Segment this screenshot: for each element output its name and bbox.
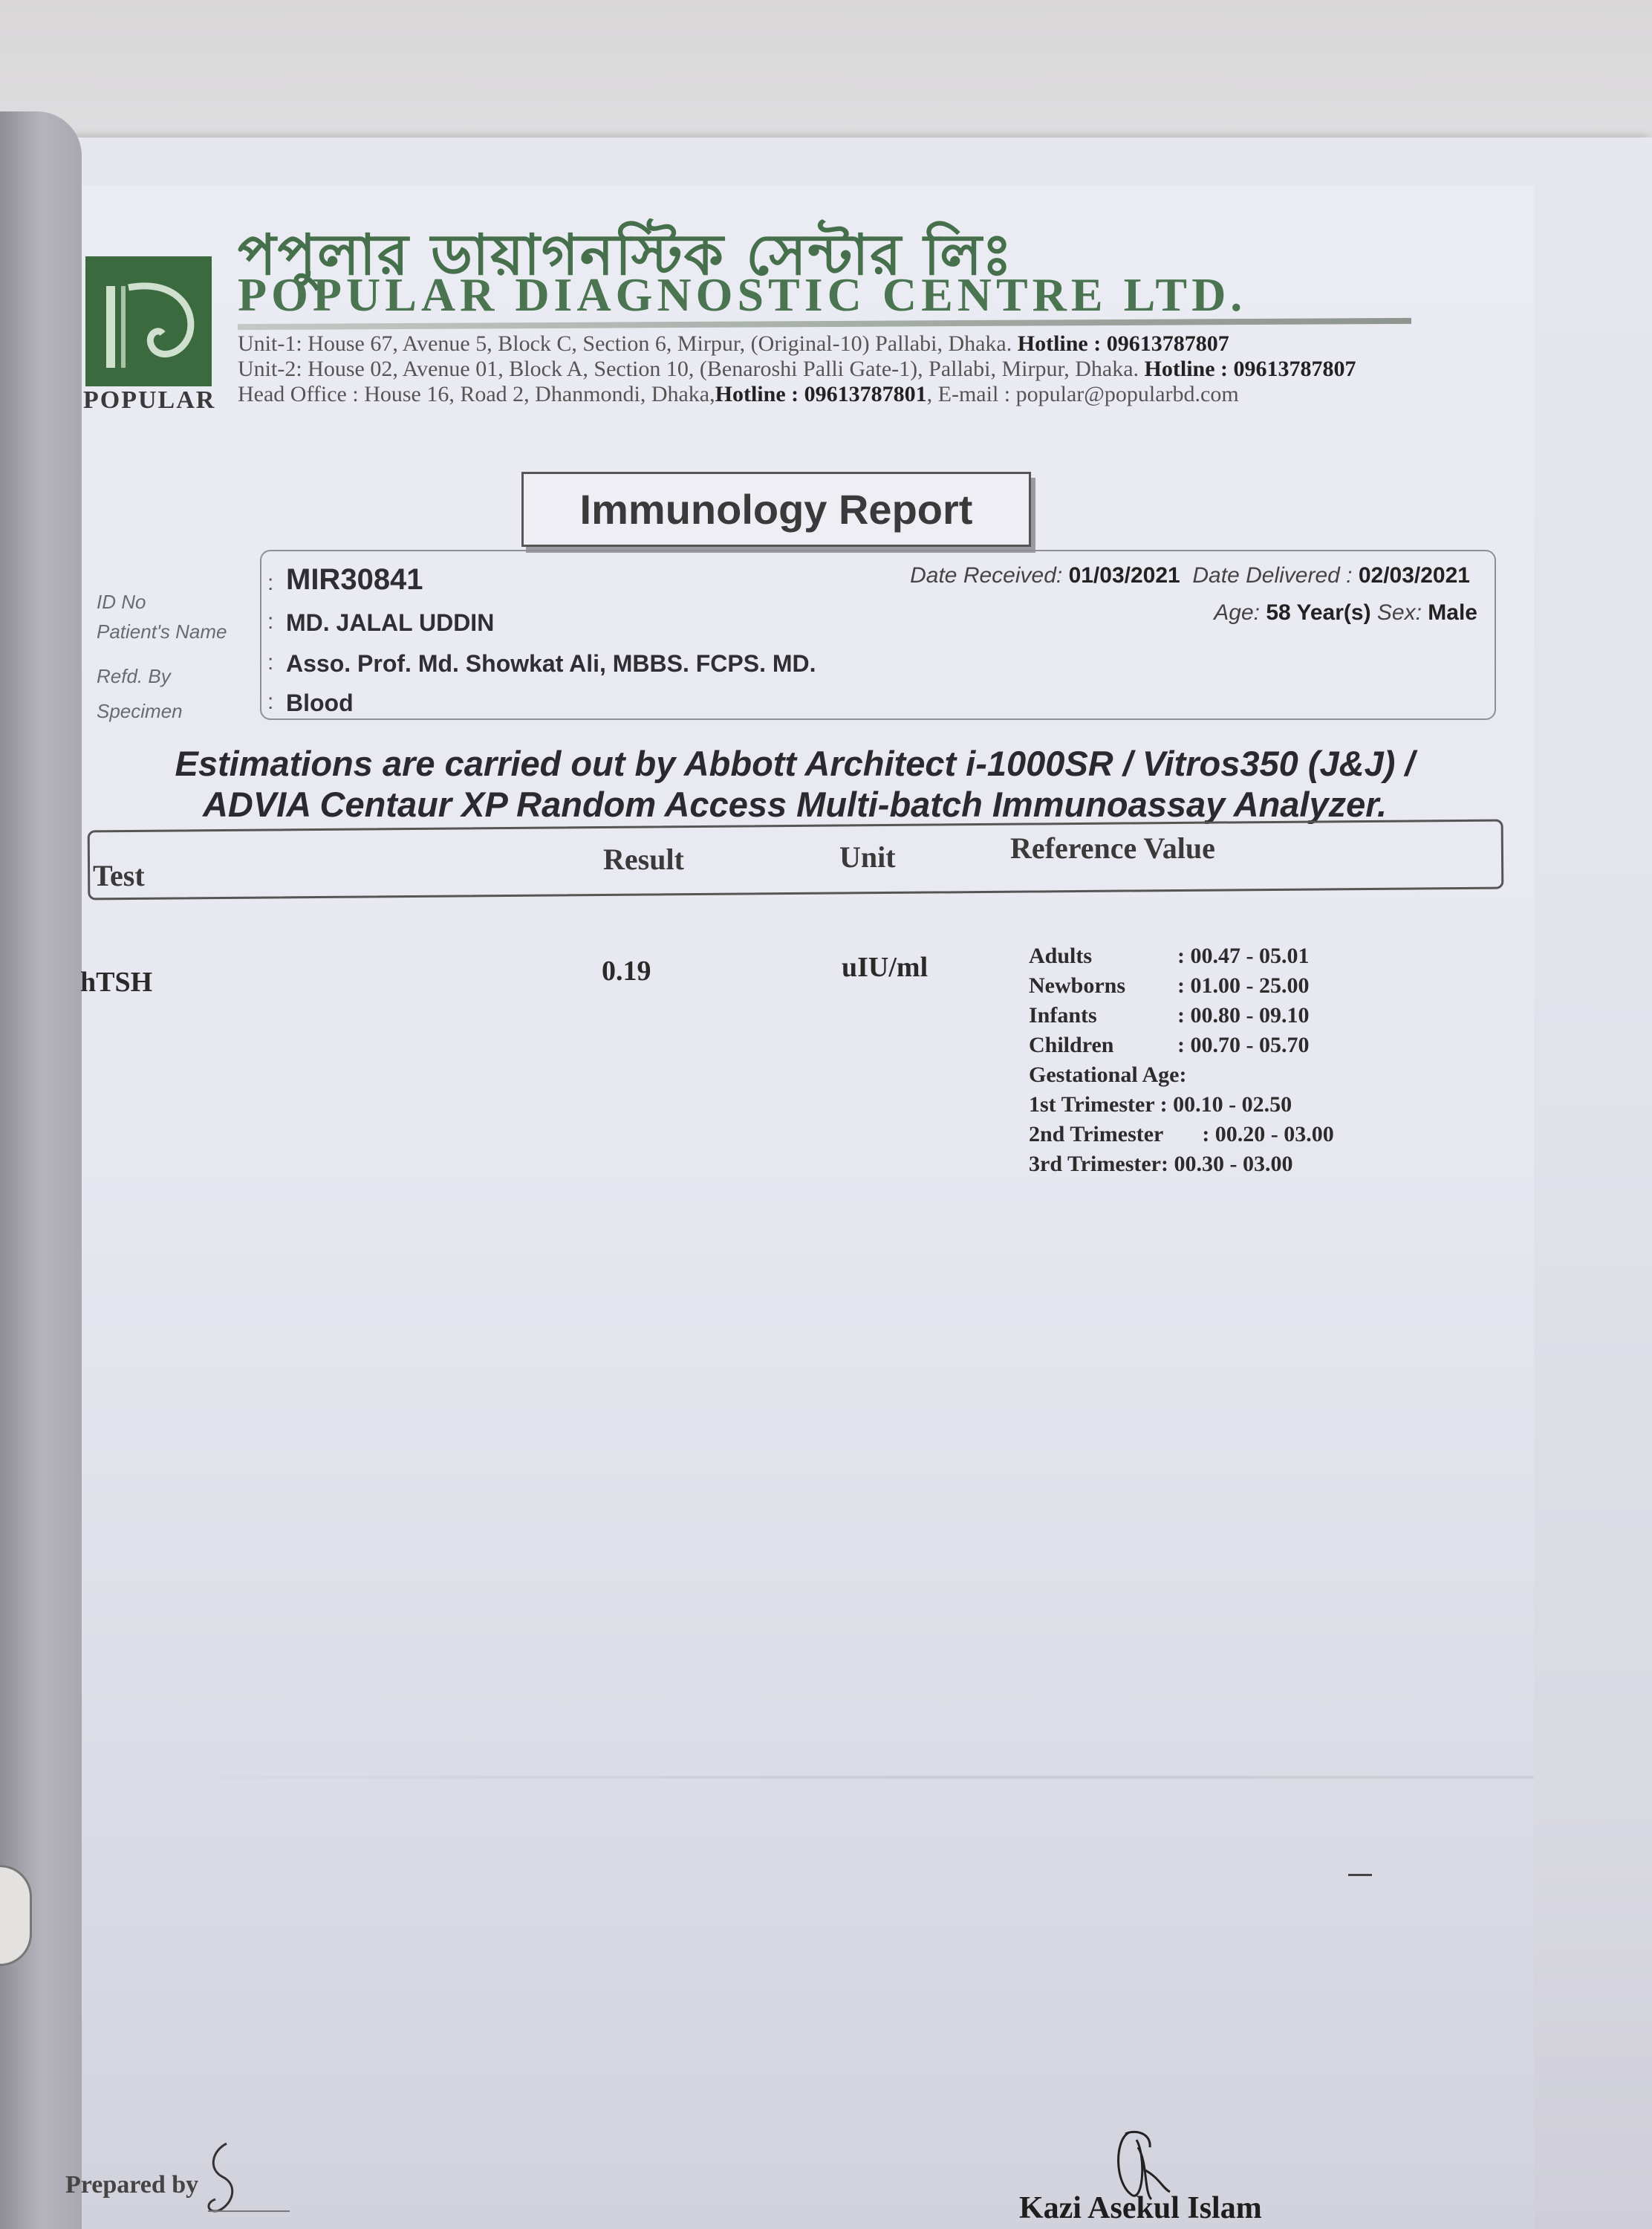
report-title: Immunology Report xyxy=(580,485,973,533)
email-link[interactable]: popular@popularbd.com xyxy=(1016,382,1239,406)
report-title-box: Immunology Report xyxy=(521,472,1031,547)
patient-sex: Male xyxy=(1428,600,1477,625)
prepared-by-signature-icon xyxy=(197,2140,249,2222)
prepared-by-label: Prepared by xyxy=(65,2171,198,2199)
reference-values: Adults : 00.47 - 05.01 Newborns : 01.00 … xyxy=(1029,944,1334,1181)
header-reference: Reference Value xyxy=(1010,831,1215,866)
lab-name-english: POPULAR DIAGNOSTIC CENTRE LTD. xyxy=(238,267,1246,322)
test-result: 0.19 xyxy=(602,955,651,987)
age-sex-line: Age: 58 Year(s) Sex: Male xyxy=(1214,600,1477,626)
results-table-header xyxy=(88,820,1504,901)
signature-line xyxy=(208,2210,290,2212)
test-name: hTSH xyxy=(80,966,152,999)
address-head-office: Head Office : House 16, Road 2, Dhanmond… xyxy=(238,382,1239,407)
header-test: Test xyxy=(93,858,145,893)
referred-by: Asso. Prof. Md. Showkat Ali, MBBS. FCPS.… xyxy=(286,650,816,678)
trimester-row: 3rd Trimester: 00.30 - 03.00 xyxy=(1029,1152,1334,1181)
patient-name: MD. JALAL UDDIN xyxy=(286,609,494,637)
date-delivered: 02/03/2021 xyxy=(1359,563,1470,588)
patient-name-label: Patient's Name xyxy=(97,620,227,643)
reference-row: Adults : 00.47 - 05.01 xyxy=(1029,944,1334,973)
paper-fold xyxy=(82,1776,1534,1779)
doctor-name: Kazi Asekul Islam xyxy=(1019,2190,1262,2226)
trimester-row: 2nd Trimester : 00.20 - 03.00 xyxy=(1029,1122,1334,1152)
patient-age: 58 Year(s) xyxy=(1266,600,1370,625)
address-unit-2: Unit-2: House 02, Avenue 01, Block A, Se… xyxy=(238,357,1356,382)
hotline-unit-2: 09613787807 xyxy=(1234,357,1356,381)
test-unit: uIU/ml xyxy=(842,951,928,984)
header-result: Result xyxy=(603,842,684,877)
reference-row: Children : 00.70 - 05.70 xyxy=(1029,1033,1334,1062)
dates-line: Date Received: 01/03/2021 Date Delivered… xyxy=(910,563,1470,588)
logo-wordmark: POPULAR xyxy=(83,386,215,415)
pen-mark xyxy=(1348,1874,1372,1876)
header-unit: Unit xyxy=(839,840,896,875)
referred-by-label: Refd. By xyxy=(97,665,171,688)
reference-row: Newborns : 01.00 - 25.00 xyxy=(1029,973,1334,1003)
reference-row: Infants : 00.80 - 09.10 xyxy=(1029,1003,1334,1033)
specimen-label: Specimen xyxy=(97,700,183,723)
binder-ring xyxy=(0,1865,32,1966)
popular-p-logo-icon xyxy=(85,256,212,386)
hotline-head-office: 09613787801 xyxy=(804,382,927,406)
address-unit-1: Unit-1: House 67, Avenue 5, Block C, Sec… xyxy=(238,331,1229,357)
gestational-age-label: Gestational Age: xyxy=(1029,1062,1334,1092)
id-label: ID No xyxy=(97,591,146,614)
estimation-line-2: ADVIA Centaur XP Random Access Multi-bat… xyxy=(97,784,1493,825)
specimen: Blood xyxy=(286,690,354,717)
hotline-unit-1: 09613787807 xyxy=(1107,331,1229,356)
date-received: 01/03/2021 xyxy=(1069,563,1180,588)
patient-id: MIR30841 xyxy=(286,563,423,597)
background-surface xyxy=(0,0,1652,149)
lab-logo xyxy=(85,256,212,386)
trimester-row: 1st Trimester : 00.10 - 02.50 xyxy=(1029,1092,1334,1122)
estimation-line-1: Estimations are carried out by Abbott Ar… xyxy=(97,743,1493,784)
